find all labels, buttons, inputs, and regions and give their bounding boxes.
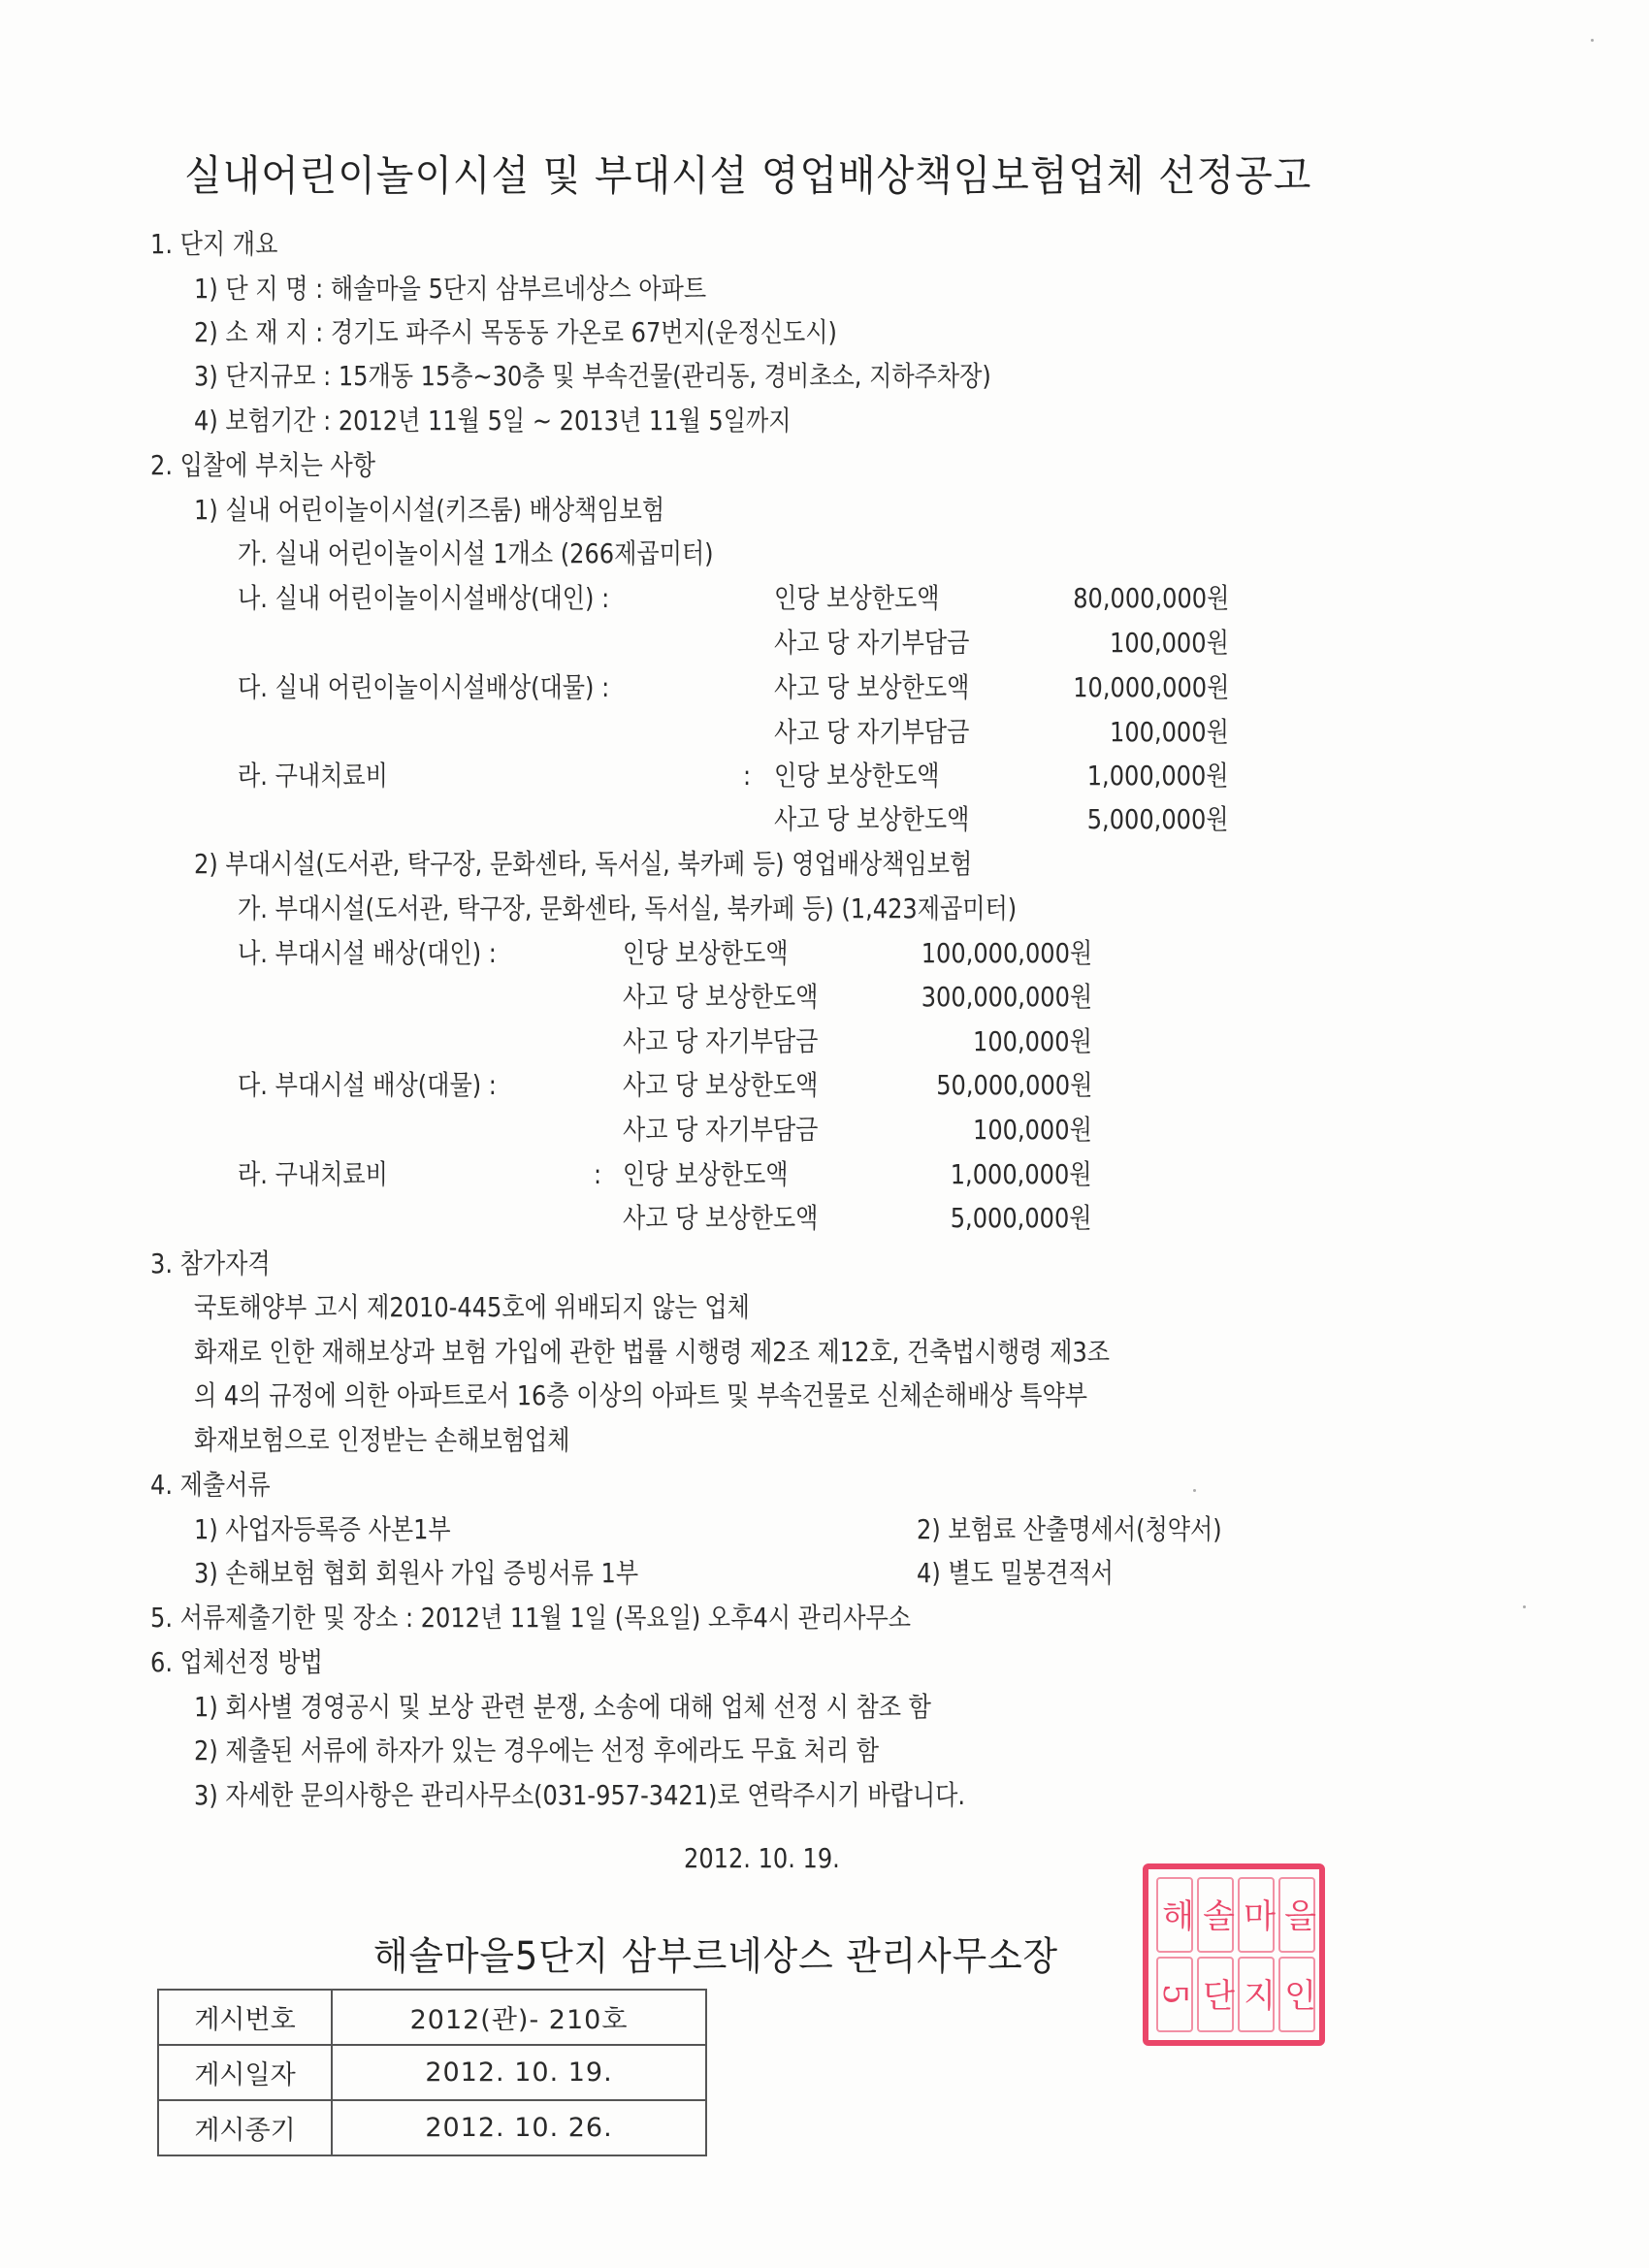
facility-bodily-row-label: 사고 당 보상한도액: [623, 980, 818, 1015]
facility-property-row-label: 사고 당 자기부담금: [623, 1113, 818, 1148]
required-document: 1) 사업자등록증 사본1부: [194, 1512, 451, 1547]
qualification-line: 국토해양부 고시 제2010-445호에 위배되지 않는 업체: [194, 1290, 750, 1325]
complex-name: 1) 단 지 명 : 해솔마을 5단지 삼부르네상스 아파트: [194, 272, 706, 307]
section-4-heading: 4. 제출서류: [150, 1468, 271, 1503]
section-2-heading: 2. 입찰에 부치는 사항: [150, 448, 375, 483]
kids-bodily-label: 나. 실내 어린이놀이시설배상(대인) :: [238, 581, 609, 616]
kids-property-row-label: 사고 당 보상한도액: [774, 670, 969, 705]
section-1-heading: 1. 단지 개요: [150, 227, 277, 262]
required-document: 2) 보험료 산출명세서(청약서): [917, 1512, 1222, 1547]
seal-char: 지: [1238, 1957, 1275, 2032]
facility-bodily-row-label: 사고 당 자기부담금: [623, 1024, 818, 1059]
kids-medical-label: 라. 구내치료비: [238, 759, 388, 794]
kids-room-insurance-title: 1) 실내 어린이놀이시설(키즈룸) 배상책임보험: [194, 493, 664, 528]
facility-property-label: 다. 부대시설 배상(대물) :: [238, 1068, 497, 1103]
facility-medical-colon: :: [594, 1157, 601, 1192]
facility-property-row-label: 사고 당 보상한도액: [623, 1068, 818, 1103]
complex-location: 2) 소 재 지 : 경기도 파주시 목동동 가온로 67번지(운정신도시): [194, 315, 837, 350]
table-row: 게시일자 2012. 10. 19.: [158, 2045, 706, 2100]
insurance-period: 4) 보험기간 : 2012년 11월 5일 ~ 2013년 11월 5일까지: [194, 404, 792, 438]
kids-medical-row-label: 인당 보상한도액: [774, 759, 939, 794]
official-seal-stamp: 해 솔 마 을 5 단 지 인: [1143, 1863, 1325, 2046]
qualification-line: 의 4의 규정에 의한 아파트로서 16층 이상의 아파트 및 부속건물로 신체…: [194, 1378, 1087, 1413]
facility-bodily-row-label: 인당 보상한도액: [623, 936, 788, 971]
facility-bodily-label: 나. 부대시설 배상(대인) :: [238, 936, 497, 971]
facility-bodily-row-amount: 100,000,000원: [921, 936, 1092, 971]
document-title: 실내어린이놀이시설 및 부대시설 영업배상책임보험업체 선정공고: [184, 144, 1384, 203]
seal-char: 해: [1156, 1877, 1193, 1953]
scan-speck: [1193, 1489, 1196, 1492]
qualification-line: 화재로 인한 재해보상과 보험 가입에 관한 법률 시행령 제2조 제12호, …: [194, 1335, 1110, 1370]
section-3-heading: 3. 참가자격: [150, 1247, 271, 1281]
kids-property-row-amount: 10,000,000원: [1073, 670, 1229, 705]
notice-document: 실내어린이놀이시설 및 부대시설 영업배상책임보험업체 선정공고 1. 단지 개…: [0, 0, 1649, 2268]
issuer-signature: 해솔마을5단지 삼부르네상스 관리사무소장: [373, 1926, 1058, 1981]
facility-property-row-amount: 50,000,000원: [936, 1068, 1092, 1103]
posting-info-table: 게시번호 2012(관)- 210호 게시일자 2012. 10. 19. 게시…: [157, 1989, 707, 2156]
kids-medical-row-amount: 1,000,000원: [1087, 759, 1229, 794]
kids-room-area: 가. 실내 어린이놀이시설 1개소 (266제곱미터): [238, 536, 714, 571]
facility-property-row-amount: 100,000원: [973, 1113, 1092, 1148]
seal-char: 솔: [1197, 1877, 1234, 1953]
submission-deadline: 5. 서류제출기한 및 장소 : 2012년 11월 1일 (목요일) 오후4시…: [150, 1601, 911, 1636]
posting-number-label: 게시번호: [158, 1990, 332, 2045]
seal-char: 인: [1278, 1957, 1315, 2032]
facility-medical-row-label: 사고 당 보상한도액: [623, 1201, 818, 1236]
notice-date: 2012. 10. 19.: [684, 1841, 840, 1876]
kids-property-row-amount: 100,000원: [1110, 715, 1229, 750]
posting-date-label: 게시일자: [158, 2045, 332, 2100]
kids-bodily-row-label: 인당 보상한도액: [774, 581, 939, 616]
kids-property-label: 다. 실내 어린이놀이시설배상(대물) :: [238, 670, 609, 705]
required-document: 3) 손해보험 협회 회원사 가입 증빙서류 1부: [194, 1556, 638, 1591]
scan-speck: [1523, 1605, 1526, 1608]
facility-medical-row-amount: 1,000,000원: [951, 1157, 1092, 1192]
kids-bodily-row-amount: 100,000원: [1110, 626, 1229, 661]
kids-bodily-row-label: 사고 당 자기부담금: [774, 626, 969, 661]
section-6-heading: 6. 업체선정 방법: [150, 1645, 323, 1680]
posting-end-label: 게시종기: [158, 2100, 332, 2155]
facility-medical-row-label: 인당 보상한도액: [623, 1157, 788, 1192]
kids-property-row-label: 사고 당 자기부담금: [774, 715, 969, 750]
table-row: 게시번호 2012(관)- 210호: [158, 1990, 706, 2045]
seal-char: 을: [1278, 1877, 1315, 1953]
selection-method: 1) 회사별 경영공시 및 보상 관련 분쟁, 소송에 대해 업체 선정 시 참…: [194, 1690, 931, 1725]
posting-number-value: 2012(관)- 210호: [332, 1990, 706, 2045]
scan-speck: [1591, 39, 1594, 42]
facility-insurance-title: 2) 부대시설(도서관, 탁구장, 문화센타, 독서실, 북카페 등) 영업배상…: [194, 847, 972, 882]
posting-date-value: 2012. 10. 19.: [332, 2045, 706, 2100]
facility-bodily-row-amount: 300,000,000원: [921, 980, 1092, 1015]
qualification-line: 화재보험으로 인정받는 손해보험업체: [194, 1423, 569, 1458]
seal-char: 마: [1238, 1877, 1275, 1953]
table-row: 게시종기 2012. 10. 26.: [158, 2100, 706, 2155]
selection-method: 2) 제출된 서류에 하자가 있는 경우에는 선정 후에라도 무효 처리 함: [194, 1733, 879, 1768]
kids-medical-row-amount: 5,000,000원: [1087, 802, 1229, 837]
facility-medical-row-amount: 5,000,000원: [951, 1201, 1092, 1236]
seal-char: 단: [1197, 1957, 1234, 2032]
kids-medical-colon: :: [743, 759, 751, 794]
complex-scale: 3) 단지규모 : 15개동 15층~30층 및 부속건물(관리동, 경비초소,…: [194, 359, 991, 394]
selection-method: 3) 자세한 문의사항은 관리사무소(031-957-3421)로 연락주시기 …: [194, 1778, 965, 1813]
seal-char: 5: [1156, 1957, 1193, 2032]
facility-area: 가. 부대시설(도서관, 탁구장, 문화센타, 독서실, 북카페 등) (1,4…: [238, 891, 1017, 926]
kids-bodily-row-amount: 80,000,000원: [1073, 581, 1229, 616]
facility-medical-label: 라. 구내치료비: [238, 1157, 388, 1192]
kids-medical-row-label: 사고 당 보상한도액: [774, 802, 969, 837]
posting-end-value: 2012. 10. 26.: [332, 2100, 706, 2155]
required-document: 4) 별도 밀봉견적서: [917, 1556, 1114, 1591]
facility-bodily-row-amount: 100,000원: [973, 1024, 1092, 1059]
